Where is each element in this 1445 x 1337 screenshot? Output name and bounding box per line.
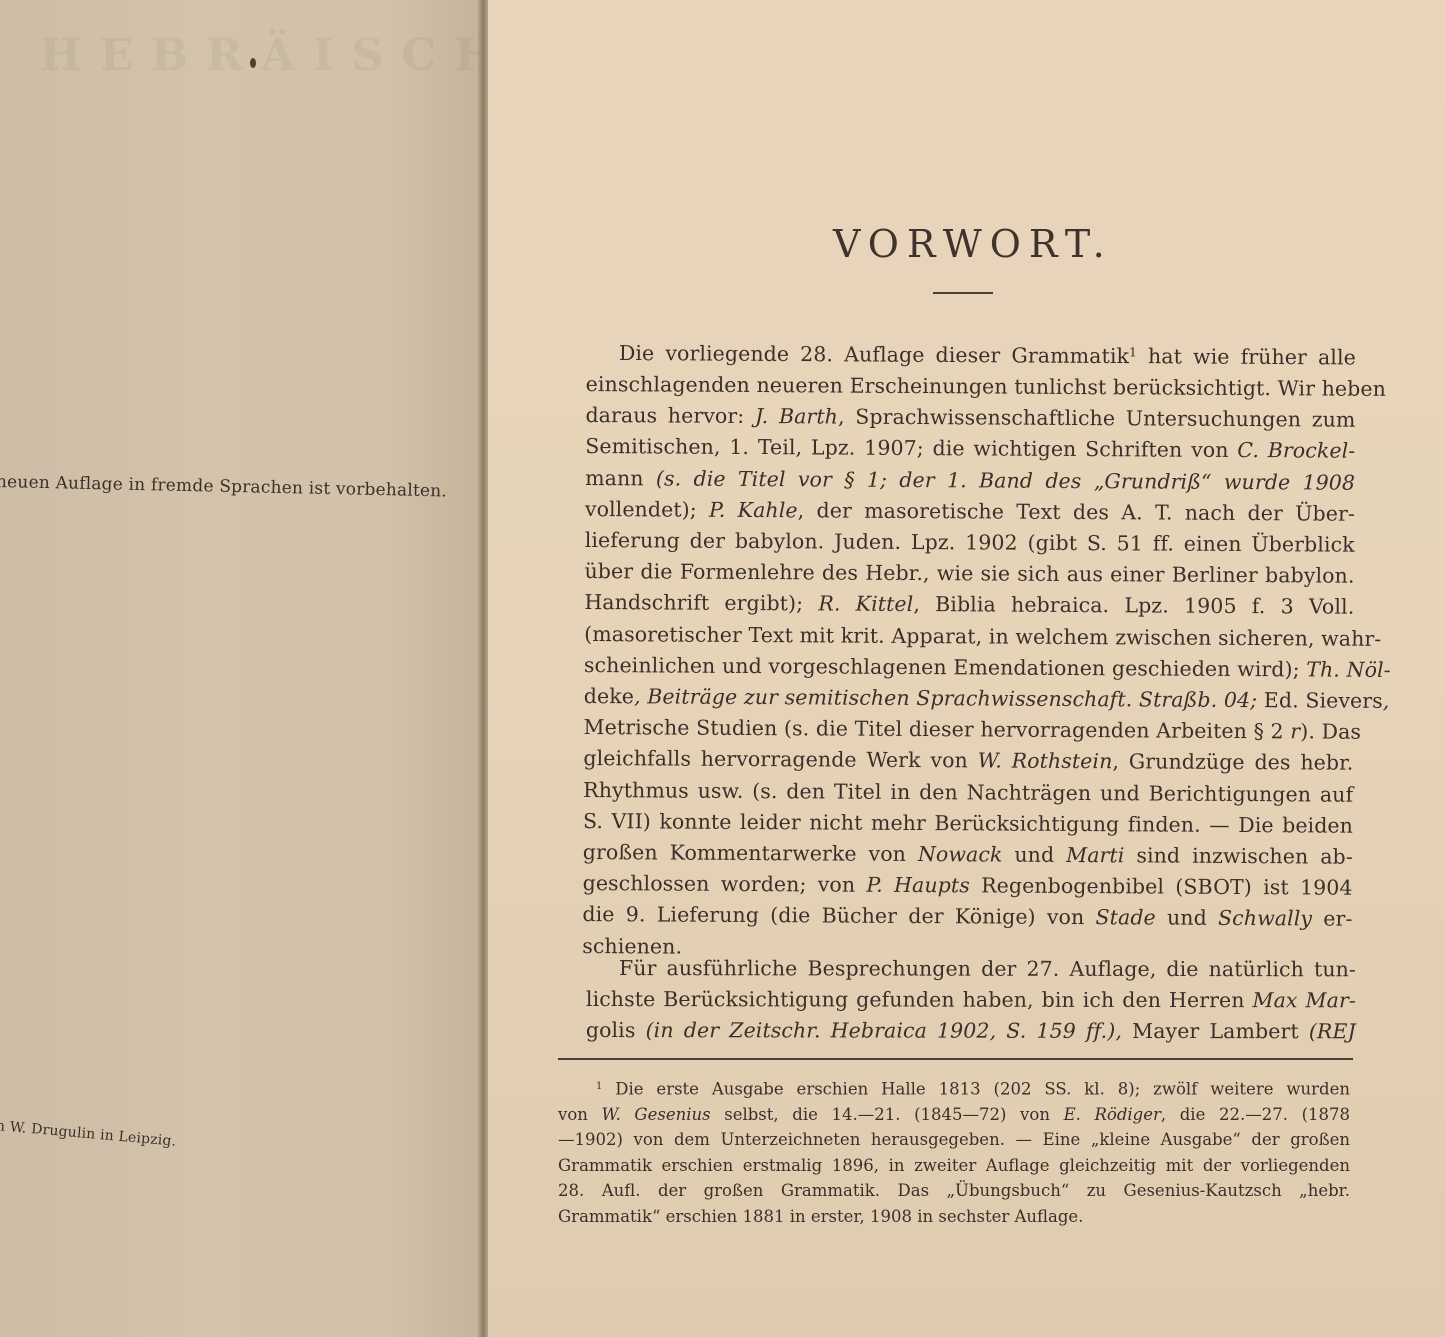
footnote-line: Grammatik erschien erstmalig 1896, in zw… — [558, 1153, 1350, 1179]
italic-reference: P. Haupts — [866, 873, 970, 898]
footnote-line: 28. Aufl. der großen Grammatik. Das „Übu… — [558, 1178, 1350, 1204]
text-line: daraus hervor: J. Barth, Sprachwissensch… — [585, 400, 1355, 436]
italic-reference: Nowack — [918, 842, 1003, 867]
text-segment: , der masoretische Text des A. T. nach d… — [798, 498, 1355, 525]
text-line: (masoretischer Text mit krit. Apparat, i… — [584, 619, 1354, 655]
text-line: Handschrift ergibt); R. Kittel, Biblia h… — [584, 587, 1354, 623]
footnote-rule — [558, 1058, 1353, 1060]
text-segment: —1902) von dem Unterzeichneten herausgeg… — [558, 1130, 1350, 1149]
italic-reference: Marti — [1066, 843, 1124, 867]
text-segment: scheinlichen und vorgeschlagenen Emendat… — [584, 653, 1306, 681]
italic-reference: (s. die Titel vor § 1; der 1. Band des „… — [644, 466, 1356, 494]
text-segment: Grammatik“ erschien 1881 in erster, 1908… — [558, 1207, 1083, 1226]
italic-reference: J. Barth — [755, 404, 838, 429]
footnote: 1 Die erste Ausgabe erschien Halle 1813 … — [558, 1074, 1350, 1229]
footnote-line: 1 Die erste Ausgabe erschien Halle 1813 … — [558, 1074, 1350, 1102]
text-segment: mann — [585, 466, 644, 490]
text-segment: die 9. Lieferung (die Bücher der Könige)… — [582, 902, 1095, 929]
text-segment: Metrische Studien (s. die Titel dieser h… — [584, 715, 1291, 743]
text-segment: Rhythmus usw. (s. den Titel in den Nacht… — [583, 778, 1353, 807]
text-segment: Handschrift ergibt); — [584, 590, 818, 615]
text-line: vollendet); P. Kahle, der masoretische T… — [585, 494, 1355, 530]
text-segment: Grammatik erschien erstmalig 1896, in zw… — [558, 1156, 1350, 1175]
text-segment: Semitischen, 1. Teil, Lpz. 1907; die wic… — [585, 434, 1237, 462]
text-line: golis (in der Zeitschr. Hebraica 1902, S… — [586, 1015, 1356, 1048]
italic-reference: (REJ — [1299, 1020, 1356, 1044]
text-segment: großen Kommentarwerke von — [583, 840, 918, 866]
text-line: S. VII) konnte leider nicht mehr Berücks… — [583, 806, 1353, 842]
text-segment: vollendet); — [585, 497, 709, 522]
text-segment: einschlagenden neueren Erscheinungen tun… — [586, 372, 1386, 401]
text-segment: Die erste Ausgabe erschien Halle 1813 (2… — [602, 1079, 1350, 1098]
text-segment: deke — [584, 684, 634, 708]
text-segment: S. VII) konnte leider nicht mehr Berücks… — [583, 809, 1353, 838]
text-segment: von — [558, 1105, 602, 1124]
text-segment: und — [1156, 906, 1218, 930]
text-segment: geschlossen worden; von — [583, 871, 867, 897]
text-segment: er- — [1312, 907, 1353, 931]
text-line: Die vorliegende 28. Auflage dieser Gramm… — [586, 334, 1356, 374]
text-segment: sind inzwischen ab- — [1124, 843, 1352, 868]
text-segment: , die 22.—27. (1878 — [1161, 1105, 1350, 1124]
text-segment: über die Formenlehre des Hebr., wie sie … — [584, 559, 1354, 588]
rights-notice: neuen Auflage in fremde Sprachen ist vor… — [0, 472, 447, 501]
text-line: lieferung der babylon. Juden. Lpz. 1902 … — [585, 525, 1355, 561]
title-rule — [933, 292, 993, 294]
italic-reference: Schwally — [1218, 906, 1312, 931]
text-line: Für ausführliche Besprechungen der 27. A… — [586, 953, 1356, 986]
italic-reference: W. Gesenius — [602, 1105, 711, 1124]
text-segment: , Sprachwissenschaftliche Untersuchungen… — [838, 405, 1356, 432]
text-segment: Die vorliegende 28. Auflage dieser Gramm… — [619, 341, 1129, 368]
text-segment: hat wie früher alle — [1137, 344, 1356, 369]
preface-paragraph-2: Für ausführliche Besprechungen der 27. A… — [586, 953, 1356, 1048]
text-segment: Mayer Lambert — [1132, 1019, 1299, 1043]
text-segment: Für ausführliche Besprechungen der 27. A… — [619, 956, 1356, 981]
italic-reference: r — [1290, 719, 1300, 743]
bleed-through-text: HEBRÄISCHE G — [40, 30, 486, 81]
text-line: gleichfalls hervorragende Werk von W. Ro… — [583, 743, 1353, 779]
italic-reference: C. Brockel- — [1237, 438, 1355, 463]
text-segment: selbst, die 14.—21. (1845—72) von — [711, 1105, 1064, 1124]
text-segment: Regenbogenbibel (SBOT) ist 1904 — [970, 874, 1353, 900]
left-page: HEBRÄISCHE G neuen Auflage in fremde Spr… — [0, 0, 486, 1337]
text-segment: und — [1002, 843, 1066, 867]
italic-reference: E. Rödiger — [1064, 1105, 1161, 1124]
text-line: geschlossen worden; von P. Haupts Regenb… — [583, 868, 1353, 904]
preface-paragraph-1: Die vorliegende 28. Auflage dieser Gramm… — [582, 334, 1356, 967]
text-segment: lichste Berücksichtigung gefunden haben,… — [586, 987, 1253, 1012]
text-segment: , Biblia hebraica. Lpz. 1905 f. 3 Voll. — [913, 592, 1354, 619]
footnote-reference: 1 — [1129, 345, 1137, 359]
printer-imprint: n W. Drugulin in Leipzig. — [0, 1118, 177, 1150]
text-line: deke, Beiträge zur semitischen Sprachwis… — [584, 681, 1354, 717]
text-segment: , Grundzüge des hebr. — [1112, 750, 1353, 775]
text-line: Semitischen, 1. Teil, Lpz. 1907; die wic… — [585, 431, 1355, 467]
text-segment: golis — [586, 1018, 636, 1042]
text-line: einschlagenden neueren Erscheinungen tun… — [586, 369, 1356, 405]
footnote-line: —1902) von dem Unterzeichneten herausgeg… — [558, 1127, 1350, 1153]
text-line: Rhythmus usw. (s. den Titel in den Nacht… — [583, 775, 1353, 811]
right-page: VORWORT. Die vorliegende 28. Auflage die… — [488, 0, 1445, 1337]
footnote-line: Grammatik“ erschien 1881 in erster, 1908… — [558, 1204, 1350, 1230]
text-segment: (masoretischer Text mit krit. Apparat, i… — [584, 622, 1381, 651]
text-line: über die Formenlehre des Hebr., wie sie … — [584, 556, 1354, 592]
text-line: mann (s. die Titel vor § 1; der 1. Band … — [585, 463, 1355, 499]
italic-reference: Stade — [1095, 906, 1155, 930]
text-line: Metrische Studien (s. die Titel dieser h… — [583, 712, 1353, 748]
text-line: lichste Berücksichtigung gefunden haben,… — [586, 984, 1356, 1017]
text-segment: ). Das — [1300, 720, 1361, 744]
italic-reference: , Beiträge zur semitischen Sprachwissens… — [634, 684, 1264, 712]
italic-reference: W. Rothstein — [978, 749, 1113, 774]
text-line: scheinlichen und vorgeschlagenen Emendat… — [584, 650, 1354, 686]
footnote-line: von W. Gesenius selbst, die 14.—21. (184… — [558, 1102, 1350, 1128]
text-line: großen Kommentarwerke von Nowack und Mar… — [583, 837, 1353, 873]
page-title: VORWORT. — [833, 222, 1113, 266]
text-line: die 9. Lieferung (die Bücher der Könige)… — [582, 899, 1352, 935]
text-segment: 28. Aufl. der großen Grammatik. Das „Übu… — [558, 1181, 1350, 1200]
text-segment: Ed. Sievers — [1264, 688, 1383, 713]
ink-spot — [250, 58, 256, 68]
text-segment: lieferung der babylon. Juden. Lpz. 1902 … — [585, 528, 1355, 557]
text-segment: gleichfalls hervorragende Werk von — [583, 746, 977, 772]
italic-reference: R. Kittel — [818, 592, 913, 617]
italic-reference: , — [1383, 689, 1390, 713]
italic-reference: Th. Nöl- — [1306, 657, 1391, 682]
italic-reference: Max Mar- — [1253, 988, 1356, 1012]
italic-reference: (in der Zeitschr. Hebraica 1902, S. 159 … — [635, 1018, 1132, 1043]
italic-reference: P. Kahle — [709, 498, 798, 523]
text-segment: daraus hervor: — [585, 403, 755, 428]
